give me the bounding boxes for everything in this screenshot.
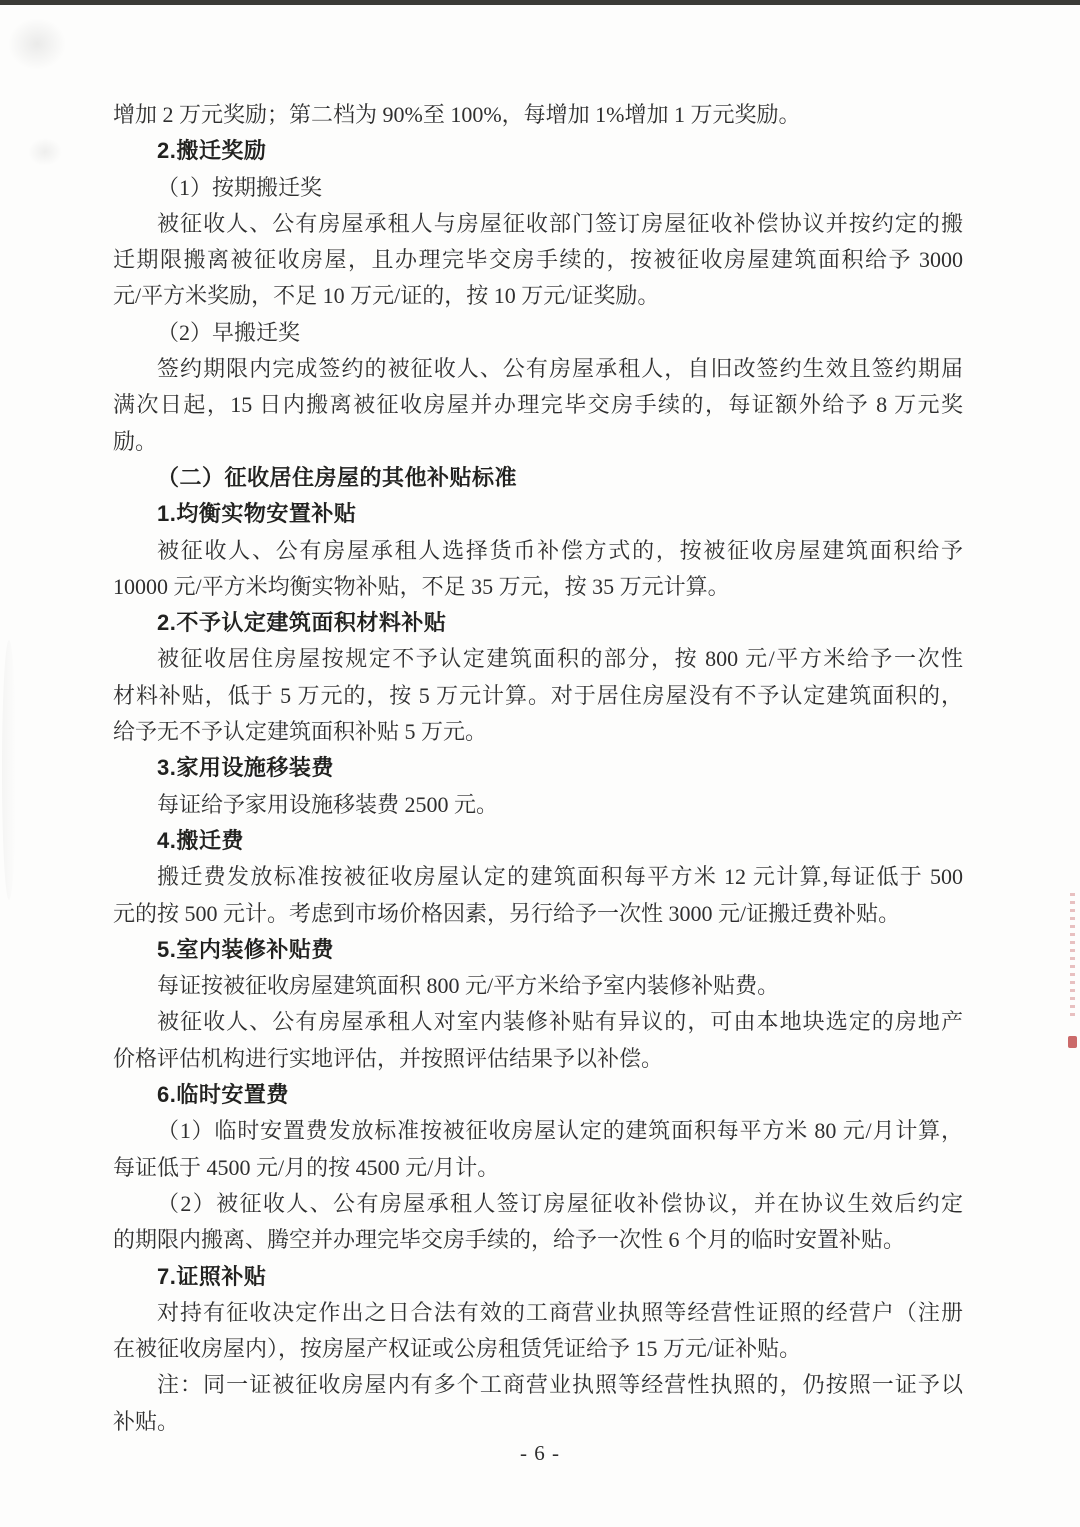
paragraph-line: 被征收居住房屋按规定不予认定建筑面积的部分，按 800 元/平方米给予一次性 <box>113 641 963 677</box>
section-heading-temporary-placement-fee-line: 6.临时安置费 <box>113 1077 963 1113</box>
section-heading-moving-fee-line: 4.搬迁费 <box>113 823 963 859</box>
paragraph-line: 满次日起，15 日内搬离被征收房屋并办理完毕交房手续的，每证额外给予 8 万元奖 <box>113 387 963 423</box>
paragraph-line: 对持有征收决定作出之日合法有效的工商营业执照等经营性证照的经营户（注册 <box>113 1295 963 1331</box>
section-heading-relocation-reward-line: 2.搬迁奖励 <box>113 133 963 169</box>
section-heading-appliance-relocation-fee-line: 3.家用设施移装费 <box>113 750 963 786</box>
paragraph-continuation-line: 增加 2 万元奖励；第二档为 90%至 100%，每增加 1%增加 1 万元奖励… <box>113 97 963 133</box>
scanner-edge-artifact <box>0 0 1080 5</box>
sub-item-title-line: （1）按期搬迁奖 <box>113 170 963 206</box>
paragraph-line: 被征收人、公有房屋承租人对室内装修补贴有异议的，可由本地块选定的房地产 <box>113 1004 963 1040</box>
paragraph-line: 每证低于 4500 元/月的按 4500 元/月计。 <box>113 1150 963 1186</box>
paragraph-line: 在被征收房屋内），按房屋产权证或公房租赁凭证给予 15 万元/证补贴。 <box>113 1331 963 1367</box>
paragraph-line: 价格评估机构进行实地评估，并按照评估结果予以补偿。 <box>113 1041 963 1077</box>
paragraph-line: 被征收人、公有房屋承租人与房屋征收部门签订房屋征收补偿协议并按约定的搬 <box>113 206 963 242</box>
scan-smudge <box>2 640 16 900</box>
scan-smudge <box>28 138 62 166</box>
paragraph-line: 给予无不予认定建筑面积补贴 5 万元。 <box>113 714 963 750</box>
section-heading-license-subsidy-line: 7.证照补贴 <box>113 1259 963 1295</box>
section-heading-other-subsidy-standards-line: （二）征收居住房屋的其他补贴标准 <box>113 460 963 496</box>
paragraph-line: （2）被征收人、公有房屋承租人签订房屋征收补偿协议，并在协议生效后约定 <box>113 1186 963 1222</box>
paragraph-line: 励。 <box>113 424 963 460</box>
paragraph-line: 每证按被征收房屋建筑面积 800 元/平方米给予室内装修补贴费。 <box>113 968 963 1004</box>
section-heading-interior-decoration-subsidy-line: 5.室内装修补贴费 <box>113 932 963 968</box>
sub-item-title-line: （2）早搬迁奖 <box>113 315 963 351</box>
paragraph-line: 迁期限搬离被征收房屋，且办理完毕交房手续的，按被征收房屋建筑面积给予 3000 <box>113 242 963 278</box>
paragraph-line: 签约期限内完成签约的被征收人、公有房屋承租人，自旧改签约生效且签约期届 <box>113 351 963 387</box>
paragraph-line: （1）临时安置费发放标准按被征收房屋认定的建筑面积每平方米 80 元/月计算， <box>113 1113 963 1149</box>
paragraph-line: 被征收人、公有房屋承租人选择货币补偿方式的，按被征收房屋建筑面积给予 <box>113 533 963 569</box>
paragraph-line: 搬迁费发放标准按被征收房屋认定的建筑面积每平方米 12 元计算,每证低于 500 <box>113 859 963 895</box>
paragraph-line: 10000 元/平方米均衡实物补贴，不足 35 万元，按 35 万元计算。 <box>113 569 963 605</box>
scan-smudge <box>8 18 66 70</box>
page-number: - 6 - <box>0 1441 1080 1466</box>
document-page: 增加 2 万元奖励；第二档为 90%至 100%，每增加 1%增加 1 万元奖励… <box>0 0 1080 1527</box>
paragraph-line: 每证给予家用设施移装费 2500 元。 <box>113 787 963 823</box>
paragraph-line: 元的按 500 元计。考虑到市场价格因素，另行给予一次性 3000 元/证搬迁费… <box>113 896 963 932</box>
paragraph-note-line: 补贴。 <box>113 1404 963 1440</box>
red-stamp-bleed-artifact <box>1070 893 1075 1018</box>
paragraph-note-line: 注：同一证被征收房屋内有多个工商营业执照等经营性执照的，仍按照一证予以 <box>113 1367 963 1403</box>
section-heading-balanced-placement-subsidy-line: 1.均衡实物安置补贴 <box>113 496 963 532</box>
section-heading-unrecognized-area-subsidy-line: 2.不予认定建筑面积材料补贴 <box>113 605 963 641</box>
paragraph-line: 元/平方米奖励，不足 10 万元/证的，按 10 万元/证奖励。 <box>113 278 963 314</box>
red-stamp-dot-artifact <box>1068 1036 1077 1048</box>
paragraph-line: 材料补贴，低于 5 万元的，按 5 万元计算。对于居住房屋没有不予认定建筑面积的… <box>113 678 963 714</box>
paragraph-line: 的期限内搬离、腾空并办理完毕交房手续的，给予一次性 6 个月的临时安置补贴。 <box>113 1222 963 1258</box>
document-body: 增加 2 万元奖励；第二档为 90%至 100%，每增加 1%增加 1 万元奖励… <box>113 97 963 1440</box>
